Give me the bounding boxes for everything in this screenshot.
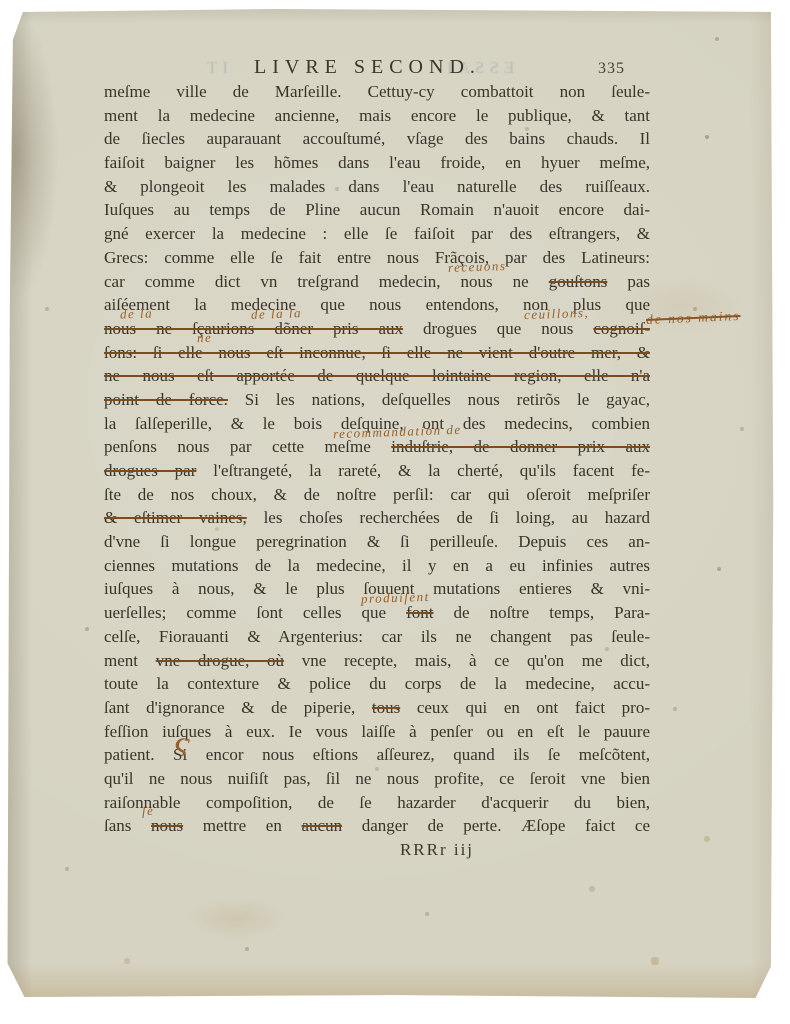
struck-printed-text: font bbox=[406, 603, 433, 622]
struck-printed-text: induſtrie, de donner prix aux bbox=[391, 437, 650, 456]
handwritten-annotation: de la bbox=[120, 306, 154, 320]
printed-text: Si les nations, deſquelles nous retirõs … bbox=[228, 390, 650, 409]
handwritten-annotation: receuons bbox=[448, 258, 507, 273]
text-line: ne nous eſt apportée de quelque lointain… bbox=[104, 364, 650, 388]
printed-text: de noſtre temps, Para- bbox=[434, 603, 650, 622]
text-line: ſte de nos choux, & de noſtre perſil: ca… bbox=[104, 483, 650, 507]
struck-printed-text: nous bbox=[151, 816, 183, 835]
text-line: Grecs: comme elle ſe fait entre nous Frã… bbox=[104, 246, 650, 270]
printed-text: pas bbox=[607, 272, 650, 291]
struck-printed-text: drogues par bbox=[104, 461, 196, 480]
printed-text: de ſiecles auparauant accouſtumé, vſage … bbox=[104, 129, 650, 148]
printed-text: ment la medecine ancienne, mais encore l… bbox=[104, 106, 650, 125]
text-line: ment la medecine ancienne, mais encore l… bbox=[104, 104, 650, 128]
text-line: ſons: ſi elle nous eſt inconnue, ſi elle… bbox=[104, 341, 650, 365]
printed-text: l'eſtrangeté, la rareté, & la cherté, qu… bbox=[196, 461, 650, 480]
printed-text: mettre en bbox=[183, 816, 301, 835]
struck-printed-text: ſons: ſi elle nous eſt inconnue, ſi elle… bbox=[104, 343, 650, 362]
printed-text: ceux qui en ont faict pro- bbox=[400, 698, 650, 717]
printed-text: ciennes mutations de la medecine, il y e… bbox=[104, 556, 650, 575]
printed-text: faiſoit baigner les hõmes dans l'eau fro… bbox=[104, 153, 650, 172]
struck-printed-text: vne drogue, où bbox=[156, 651, 284, 670]
handwritten-annotation: de la la bbox=[251, 306, 302, 321]
text-line: & plongeoit les malades dans l'eau natur… bbox=[104, 175, 650, 199]
text-line: drogues par l'eſtrangeté, la rareté, & l… bbox=[104, 459, 650, 483]
printed-text: drogues que nous bbox=[403, 319, 593, 338]
text-line: uerſelles; comme ſont celles que font de… bbox=[104, 601, 650, 625]
text-line: ment vne drogue, où vne recepte, mais, à… bbox=[104, 649, 650, 673]
text-line: d'vne ſi longue peregrination & ſi peril… bbox=[104, 530, 650, 554]
bleed-through-text: IT bbox=[202, 58, 228, 78]
printed-text: Grecs: comme elle ſe fait entre nous Frã… bbox=[104, 248, 650, 267]
signature-mark: RRRr iij bbox=[104, 840, 650, 860]
text-line: toute la contexture & police du corps de… bbox=[104, 672, 650, 696]
printed-text: vne recepte, mais, à ce qu'on me dict, bbox=[284, 651, 650, 670]
text-block: meſme ville de Marſeille. Cettuy-cy comb… bbox=[104, 80, 650, 838]
text-line: de ſiecles auparauant accouſtumé, vſage … bbox=[104, 127, 650, 151]
printed-text: Iuſques au temps de Pline aucun Romain n… bbox=[104, 200, 650, 219]
text-line: ſans nous mettre en aucun danger de pert… bbox=[104, 814, 650, 838]
text-line: nous ne ſçaurions dõner pris aux drogues… bbox=[104, 317, 650, 341]
printed-text: ſant d'ignorance & de piperie, bbox=[104, 698, 372, 717]
struck-printed-text: aucun bbox=[301, 816, 342, 835]
handwritten-annotation: ſe bbox=[142, 804, 155, 817]
margin-note-handwritten: de nos mains bbox=[646, 308, 741, 328]
printed-text: & plongeoit les malades dans l'eau natur… bbox=[104, 177, 650, 196]
struck-printed-text: gouſtons bbox=[549, 272, 608, 291]
struck-printed-text: cognoiſ- bbox=[593, 319, 650, 338]
printed-text: celſe, Fiorauanti & Argenterius: car ils… bbox=[104, 627, 650, 646]
printed-text: car comme dict vn treſgrand medecin, nou… bbox=[104, 272, 549, 291]
printed-text: raiſonnable compoſition, de ſe hazarder … bbox=[104, 793, 650, 812]
text-line: ſant d'ignorance & de piperie, tous ceux… bbox=[104, 696, 650, 720]
printed-text: les choſes recherchées de ſi loing, au h… bbox=[247, 508, 650, 527]
text-line: faiſoit baigner les hõmes dans l'eau fro… bbox=[104, 151, 650, 175]
printed-text: ſans bbox=[104, 816, 151, 835]
text-line: raiſonnable compoſition, de ſe hazarder … bbox=[104, 791, 650, 815]
text-line: penſons nous par cette meſme induſtrie, … bbox=[104, 435, 650, 459]
handwritten-annotation: produiſent bbox=[360, 590, 429, 605]
struck-printed-text: & eſtimer vaines, bbox=[104, 508, 247, 527]
struck-printed-text: tous bbox=[372, 698, 400, 717]
text-line: point de force. Si les nations, deſquell… bbox=[104, 388, 650, 412]
page-number: 335 bbox=[598, 60, 625, 78]
text-line: qu'il ne nous nuiſiſt pas, ſil ne nous p… bbox=[104, 767, 650, 791]
handwritten-annotation: ne bbox=[197, 330, 213, 344]
printed-text: d'vne ſi longue peregrination & ſi peril… bbox=[104, 532, 650, 551]
text-line: gné exercer la medecine : elle ſe faiſoi… bbox=[104, 222, 650, 246]
text-line: Iuſques au temps de Pline aucun Romain n… bbox=[104, 198, 650, 222]
book-page: IT ESSAI LIVRE SECOND. 335 meſme ville d… bbox=[6, 8, 774, 998]
handwritten-annotation: Ϛ bbox=[174, 738, 191, 753]
text-line: celſe, Fiorauanti & Argenterius: car ils… bbox=[104, 625, 650, 649]
running-header: LIVRE SECOND. bbox=[254, 56, 481, 79]
text-line: car comme dict vn treſgrand medecin, nou… bbox=[104, 270, 650, 294]
struck-printed-text: point de force. bbox=[104, 390, 228, 409]
printed-text: gné exercer la medecine : elle ſe faiſoi… bbox=[104, 224, 650, 243]
printed-text: qu'il ne nous nuiſiſt pas, ſil ne nous p… bbox=[104, 769, 650, 788]
text-line: patient. Si encor nous eſtions aſſeurez,… bbox=[104, 743, 650, 767]
printed-text: ſte de nos choux, & de noſtre perſil: ca… bbox=[104, 485, 650, 504]
printed-text: danger de perte. Æſope faict ce bbox=[342, 816, 650, 835]
struck-printed-text: ne nous eſt apportée de quelque lointain… bbox=[104, 366, 650, 385]
printed-text: meſme ville de Marſeille. Cettuy-cy comb… bbox=[104, 82, 650, 101]
text-line: meſme ville de Marſeille. Cettuy-cy comb… bbox=[104, 80, 650, 104]
text-line: & eſtimer vaines, les choſes recherchées… bbox=[104, 506, 650, 530]
handwritten-annotation: ceuillons, bbox=[524, 306, 590, 321]
paper-speckles bbox=[6, 8, 8, 10]
printed-text: ment bbox=[104, 651, 156, 670]
printed-text: toute la contexture & police du corps de… bbox=[104, 674, 650, 693]
text-line: ciennes mutations de la medecine, il y e… bbox=[104, 554, 650, 578]
